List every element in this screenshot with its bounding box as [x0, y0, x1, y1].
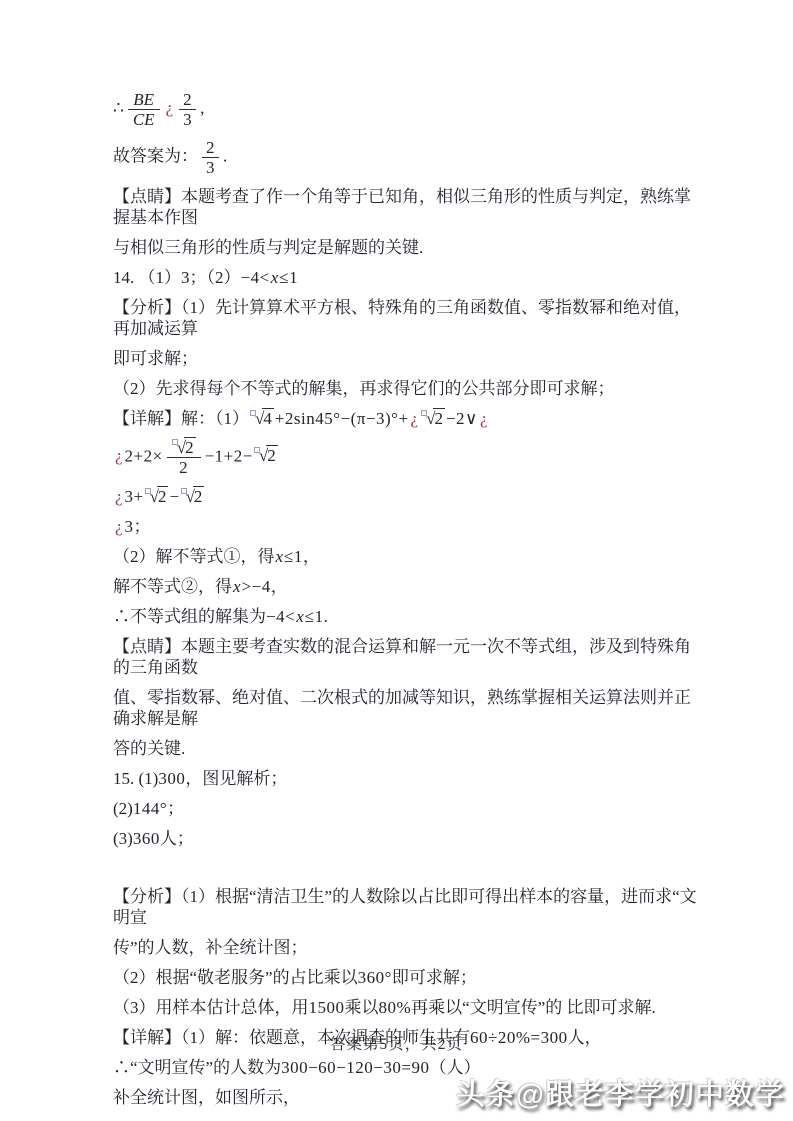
text-segment: 【点睛】本题主要考查实数的混合运算和解一元一次不等式组，涉及到特殊角的三角函数: [113, 637, 691, 677]
math-segment: 360°: [358, 968, 392, 987]
text-line: （2）根据“敬老服务”的占比乘以360°即可求解；: [113, 967, 698, 988]
text-segment: （2）先求得每个不等式的解集，再求得它们的公共部分即可求解；: [113, 379, 615, 398]
formula-line: 故答案为：23.: [113, 138, 698, 177]
missing-glyph-mark: ¿: [113, 446, 125, 465]
answer-document-page: ∴BECE¿23,故答案为：23.【点睛】本题考查了作一个角等于已知角，相似三角…: [0, 0, 793, 1121]
math-segment: 2: [206, 138, 215, 157]
math-segment: 3: [183, 110, 192, 129]
text-segment: 15. (1): [113, 769, 158, 788]
math-segment: −1+2−: [205, 446, 253, 465]
text-line: 解不等式②，得x>−4，: [113, 576, 698, 597]
text-segment: 即可求解；: [392, 968, 477, 987]
math-variable: x: [232, 577, 242, 596]
fraction: √22: [167, 438, 201, 477]
math-segment: ≤1: [305, 607, 324, 626]
radicand: 2: [184, 437, 196, 457]
text-segment: 与相似三角形的性质与判定是解题的关键.: [113, 238, 423, 257]
math-segment: −: [169, 487, 179, 506]
radical-expression: √2: [421, 409, 445, 428]
text-segment: .: [324, 607, 328, 626]
fraction: 23: [202, 138, 219, 177]
radical-expression: √2: [181, 487, 205, 506]
radical-sign: √: [186, 487, 193, 506]
text-segment: ∴“文明宣传”的人数为: [113, 1058, 281, 1077]
radical-sign: √: [150, 487, 157, 506]
text-segment: 故答案为：: [113, 146, 198, 165]
math-segment: 1500: [309, 998, 345, 1017]
formula-line: ¿2+2×√22−1+2−√2: [113, 438, 698, 477]
math-segment: −4<: [266, 607, 295, 626]
document-lines: ∴BECE¿23,故答案为：23.【点睛】本题考查了作一个角等于已知角，相似三角…: [113, 90, 698, 1108]
missing-glyph-mark: ¿: [409, 409, 421, 428]
fraction-numerator: 2: [202, 138, 219, 158]
formula-line: ¿3；: [113, 516, 698, 537]
math-variable: BE: [132, 90, 155, 109]
formula-line: 【详解】解：（1）√4+2sin45°−(π−3)°+¿√2−2∨¿: [113, 408, 698, 429]
text-line: 【分析】（1）根据“清洁卫生”的人数除以占比即可得出样本的容量，进而求“文明宣: [113, 886, 698, 928]
text-line: (3)360人；: [113, 828, 698, 849]
fraction-numerator: 2: [179, 90, 196, 110]
text-segment: 【分析】（1）根据“清洁卫生”的人数除以占比即可得出样本的容量，进而求“文明宣: [113, 887, 697, 927]
text-line: 值、零指数幂、绝对值、二次根式的加减等知识，熟练掌握相关运算法则并正确求解是解: [113, 687, 698, 729]
page-footer: 答案第5页，共2页: [0, 1032, 793, 1054]
fraction-denominator: 3: [179, 110, 196, 129]
text-segment: 值、零指数幂、绝对值、二次根式的加减等知识，熟练掌握相关运算法则并正确求解是解: [113, 688, 691, 728]
radicand: 2: [193, 486, 205, 506]
formula-line: ∴BECE¿23,: [113, 90, 698, 129]
text-line: （2）解不等式①，得x≤1，: [113, 546, 698, 567]
radicand: 2: [157, 486, 169, 506]
math-segment: 2+2×: [125, 446, 163, 465]
text-segment: 答的关键.: [113, 739, 185, 758]
math-segment: 3: [206, 158, 215, 177]
radicand: 2: [266, 445, 278, 465]
math-segment: −2∨: [446, 409, 478, 428]
text-line: （3）用样本估计总体，用1500乘以80%再乘以“文明宣传”的 比即可求解.: [113, 997, 698, 1018]
formula-line: ¿3+√2−√2: [113, 486, 698, 507]
text-segment: （3）用样本估计总体，用: [113, 998, 309, 1017]
text-line: 传”的人数，补全统计图；: [113, 937, 698, 958]
text-segment: 解不等式②，得: [113, 577, 232, 596]
math-segment: ≤1: [284, 547, 303, 566]
text-segment: （2）根据“敬老服务”的占比乘以: [113, 968, 358, 987]
math-segment: 3+: [125, 487, 144, 506]
text-segment: ∴: [113, 98, 124, 117]
radical-sign: √: [177, 438, 184, 457]
text-segment: ，: [271, 577, 288, 596]
text-line: 14. （1）3；（2）−4<x≤1: [113, 267, 698, 288]
math-segment: 3；: [125, 517, 152, 536]
fraction-denominator: CE: [128, 110, 160, 129]
text-line: 与相似三角形的性质与判定是解题的关键.: [113, 237, 698, 258]
text-line: 【点睛】本题主要考查实数的混合运算和解一元一次不等式组，涉及到特殊角的三角函数: [113, 636, 698, 678]
text-segment: 14. （1）3；（2）: [113, 268, 241, 287]
math-segment: 2: [179, 458, 188, 477]
text-segment: 【详解】解：（1）: [113, 409, 249, 428]
text-line: 即可求解；: [113, 348, 698, 369]
text-segment: ，: [303, 547, 320, 566]
radical-expression: √4: [250, 409, 274, 428]
fraction: 23: [179, 90, 196, 129]
text-segment: 人；: [160, 829, 194, 848]
fraction-denominator: 3: [202, 158, 219, 177]
fraction-numerator: √2: [167, 438, 201, 458]
text-segment: 即可求解；: [113, 349, 198, 368]
radical-expression: √2: [254, 446, 278, 465]
math-segment: 300−60−120−30=90: [281, 1058, 429, 1077]
text-segment: (3): [113, 829, 133, 848]
math-segment: 2: [183, 90, 192, 109]
text-segment: 乘以: [345, 998, 379, 1017]
fraction-numerator: BE: [128, 90, 160, 110]
text-line: 答的关键.: [113, 738, 698, 759]
math-segment: +2sin45°−(π−3)°+: [275, 409, 409, 428]
text-line: 【分析】（1）先计算算术平方根、特殊角的三角函数值、零指数幂和绝对值，再加减运算: [113, 297, 698, 339]
math-variable: x: [295, 607, 305, 626]
math-segment: −4<: [241, 268, 270, 287]
radicand: 4: [262, 408, 274, 428]
radicand: 2: [433, 408, 445, 428]
missing-glyph-mark: ¿: [113, 517, 125, 536]
missing-glyph-mark: ¿: [478, 409, 490, 428]
text-segment: ；: [167, 799, 184, 818]
fraction-denominator: 2: [167, 458, 201, 477]
text-line: 15. (1)300，图见解析；: [113, 768, 698, 789]
math-variable: x: [270, 268, 280, 287]
math-segment: 300: [158, 769, 185, 788]
math-segment: 144°: [133, 799, 167, 818]
math-segment: .: [223, 146, 228, 165]
text-line: (2)144°；: [113, 798, 698, 819]
watermark-toutiao: 头条@跟老李学初中数学: [456, 1072, 785, 1113]
text-segment: 再乘以“文明宣传”的 比即可求解.: [411, 998, 656, 1017]
text-line: ∴不等式组的解集为−4<x≤1.: [113, 606, 698, 627]
text-line: （2）先求得每个不等式的解集，再求得它们的公共部分即可求解；: [113, 378, 698, 399]
math-segment: ≤1: [279, 268, 298, 287]
math-segment: 80%: [379, 998, 412, 1017]
math-segment: 360: [133, 829, 160, 848]
missing-glyph-mark: ¿: [113, 487, 125, 506]
math-segment: ,: [200, 98, 205, 117]
text-segment: ，图见解析；: [185, 769, 287, 788]
text-line: 【点睛】本题考查了作一个角等于已知角，相似三角形的性质与判定，熟练掌握基本作图: [113, 186, 698, 228]
text-segment: 补全统计图，如图所示，: [113, 1088, 300, 1107]
text-segment: 【点睛】本题考查了作一个角等于已知角，相似三角形的性质与判定，熟练掌握基本作图: [113, 187, 691, 227]
math-segment: >−4: [242, 577, 271, 596]
text-segment: (2): [113, 799, 133, 818]
missing-glyph-mark: ¿: [164, 98, 176, 117]
math-variable: CE: [132, 110, 156, 129]
text-segment: 【分析】（1）先计算算术平方根、特殊角的三角函数值、零指数幂和绝对值，再加减运算: [113, 298, 691, 338]
radical-expression: √2: [145, 487, 169, 506]
text-segment: 传”的人数，补全统计图；: [113, 938, 308, 957]
math-variable: x: [275, 547, 285, 566]
radical-expression: √2: [172, 438, 196, 457]
text-segment: （2）解不等式①，得: [113, 547, 275, 566]
text-segment: ∴不等式组的解集为: [113, 607, 266, 626]
fraction: BECE: [128, 90, 160, 129]
